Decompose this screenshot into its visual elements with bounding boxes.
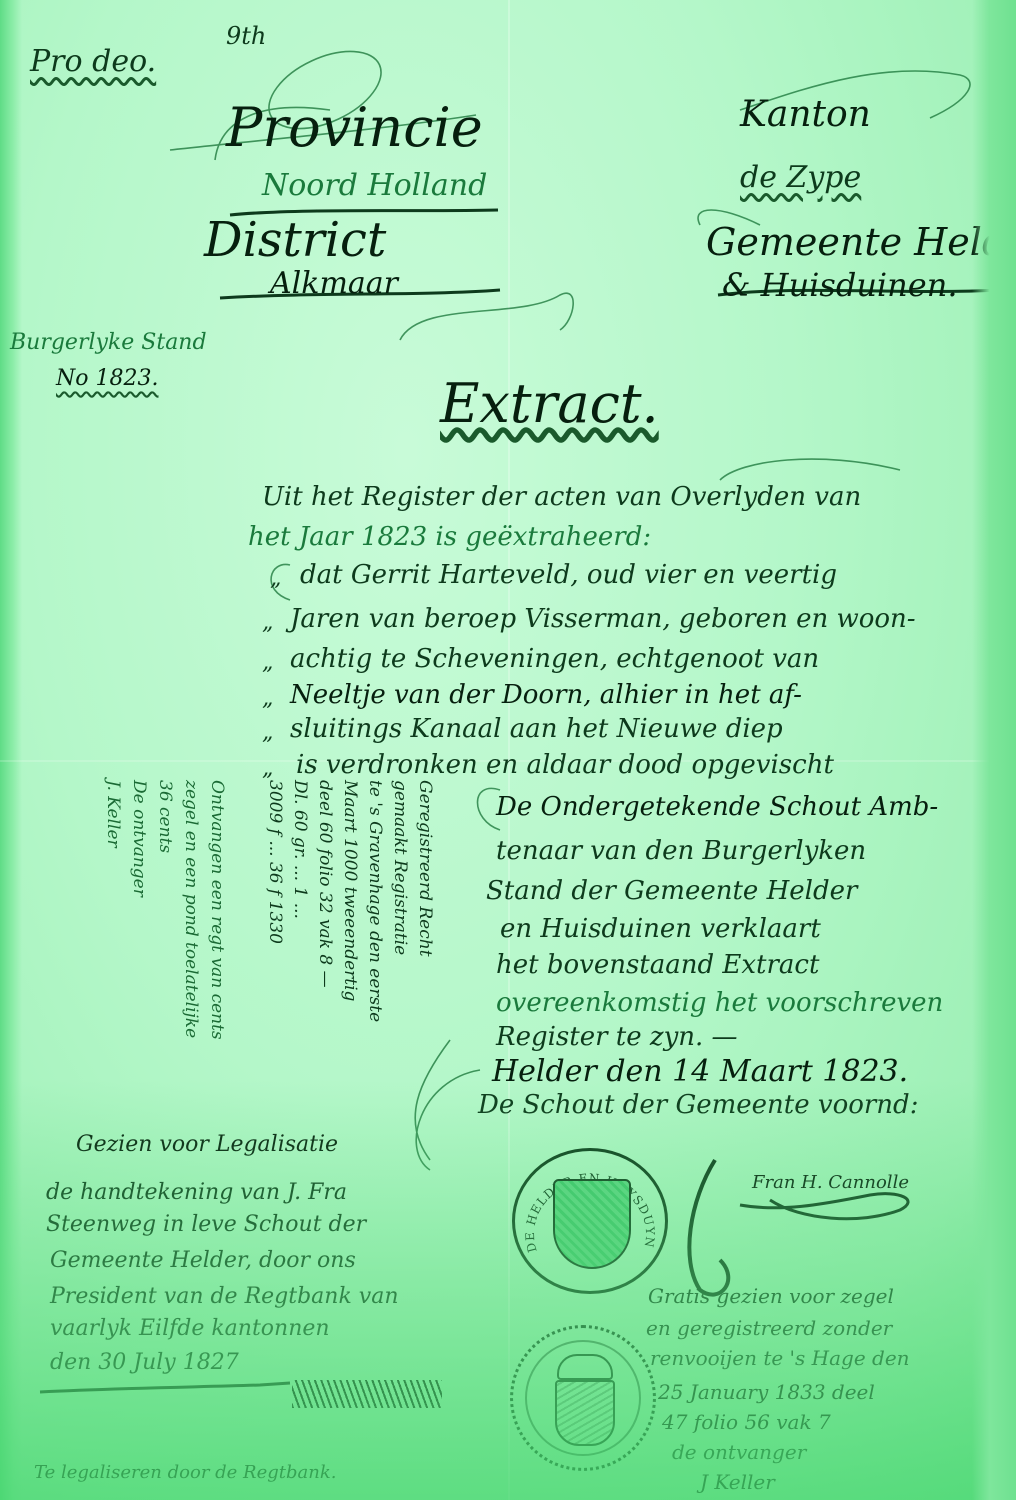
ontvanger-line-3: 36 cents [155,780,175,853]
legalisation-line-5: President van de Regtbank van [50,1284,399,1309]
declaration-line-5: het bovenstaand Extract [496,950,819,980]
royal-shield-icon [555,1380,615,1446]
declaration-line-4: en Huisduinen verklaart [500,914,821,944]
legalisation-line-1: Gezien voor Legalisatie [76,1132,338,1157]
declaration-line-1: De Ondergetekende Schout Amb- [496,792,938,822]
quoted-line-1: dat Gerrit Harteveld, oud vier en veerti… [300,560,837,590]
quote-mark: „ [262,720,273,745]
quote-mark: „ [262,650,273,675]
kanton-label: Kanton [740,94,871,135]
registration-line-2: gemaakt Registratie [390,780,410,955]
registry-note-line2: No 1823. [56,366,158,391]
ontvanger-line-2: zegel en een pond toelatelijke [181,780,201,1038]
legalisation-line-6: vaarlyk Eilfde kantonnen [50,1316,330,1341]
legalisation-signature-scribble [292,1380,442,1408]
stamp-note-line-2: en geregistreerd zonder [646,1316,892,1340]
district-label: District [204,212,386,268]
gemeente-label: Gemeente Helder [706,220,1016,264]
legalisation-line-2: de handtekening van J. Fra [46,1180,347,1205]
extract-title: Extract. [440,372,659,435]
district-value: Alkmaar [270,266,398,301]
registry-note-line1: Burgerlyke Stand [10,330,207,355]
footer-note: Te legaliseren door de Regtbank. [34,1462,336,1483]
registration-line-1: Geregistreerd Recht [415,780,435,957]
quote-mark: „ [262,756,273,781]
gemeente-value: & Huisduinen. [722,266,957,304]
stamp-note-line-1: Gratis gezien voor zegel [648,1284,894,1308]
signature: Fran H. Cannolle [752,1172,909,1193]
quoted-line-5: sluitings Kanaal aan het Nieuwe diep [290,714,783,744]
document-page: Pro deo. 9th Provincie Noord Holland Dis… [0,0,1016,1500]
ontvanger-line-4: De ontvanger [129,780,149,897]
quote-mark: „ [262,686,273,711]
stamp-note-line-7: J Keller [700,1470,775,1494]
stamp-note-line-5: 47 folio 56 vak 7 [662,1410,831,1434]
municipal-seal: DE HELDER EN HUYSDUYNEN. [512,1148,668,1294]
registration-line-4: Maart 1000 tweeendertig [340,780,360,1001]
quoted-line-6: is verdronken en aldaar dood opgevischt [296,750,834,780]
intro-line-1: Uit het Register der acten van Overlyden… [262,482,861,512]
registration-line-7: 3009 f ... 36 f 1330 [265,780,285,944]
crown-icon [557,1354,613,1380]
quote-mark: „ [270,566,281,591]
place-date: Helder den 14 Maart 1823. [492,1054,908,1089]
declaration-line-6: overeenkomstig het voorschreven [496,988,943,1018]
quote-mark: „ [262,610,273,635]
registration-note-vertical: Geregistreerd Recht gemaakt Registratie … [262,780,437,1160]
registration-line-3: te 's Gravenhage den eerste [365,780,385,1022]
registration-line-6: Dl. 60 gr. ... 1 ... [290,780,310,919]
intro-line-2: het Jaar 1823 is geëxtraheerd: [248,522,651,552]
stamp-note-line-3: renvooijen te 's Hage den [650,1346,910,1370]
ontvanger-line-1: Ontvangen een regt van cents [207,780,227,1040]
royal-stamp-seal [510,1325,656,1471]
pro-deo-note: Pro deo. [30,44,156,79]
ontvanger-note-vertical: Ontvangen een regt van cents zegel en ee… [100,780,230,1140]
legalisation-line-3: Steenweg in leve Schout der [46,1212,366,1237]
folio-mark: 9th [226,22,266,50]
quoted-line-4: Neeltje van der Doorn, alhier in het af- [290,680,802,710]
legalisation-line-7: den 30 July 1827 [50,1350,239,1375]
stamp-note-line-6: de ontvanger [672,1440,806,1464]
declaration-line-7: Register te zyn. — [496,1022,738,1052]
kanton-value: de Zype [740,160,861,195]
registration-line-5: deel 60 folio 32 vak 8 — [315,780,335,988]
provincie-value: Noord Holland [262,168,487,203]
legalisation-line-4: Gemeente Helder, door ons [50,1248,356,1273]
seal-shield-icon [553,1179,631,1269]
stamp-note-line-4: 25 January 1833 deel [658,1380,875,1404]
signatory-title: De Schout der Gemeente voornd: [478,1090,918,1120]
quoted-line-3: achtig te Scheveningen, echtgenoot van [290,644,819,674]
ontvanger-line-5: J. Keller [103,780,123,848]
quoted-line-2: Jaren van beroep Visserman, geboren en w… [290,604,916,634]
declaration-line-2: tenaar van den Burgerlyken [496,836,866,866]
declaration-line-3: Stand der Gemeente Helder [486,876,857,906]
provincie-label: Provincie [226,96,483,159]
